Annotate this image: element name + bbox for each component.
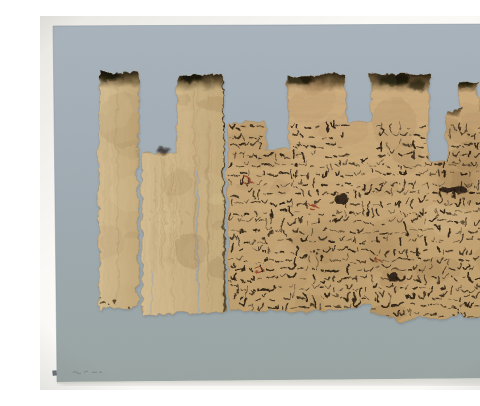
papyrus-photo-svg	[40, 16, 480, 390]
papyrus-photograph	[40, 16, 480, 390]
photo-vignette	[40, 16, 480, 390]
